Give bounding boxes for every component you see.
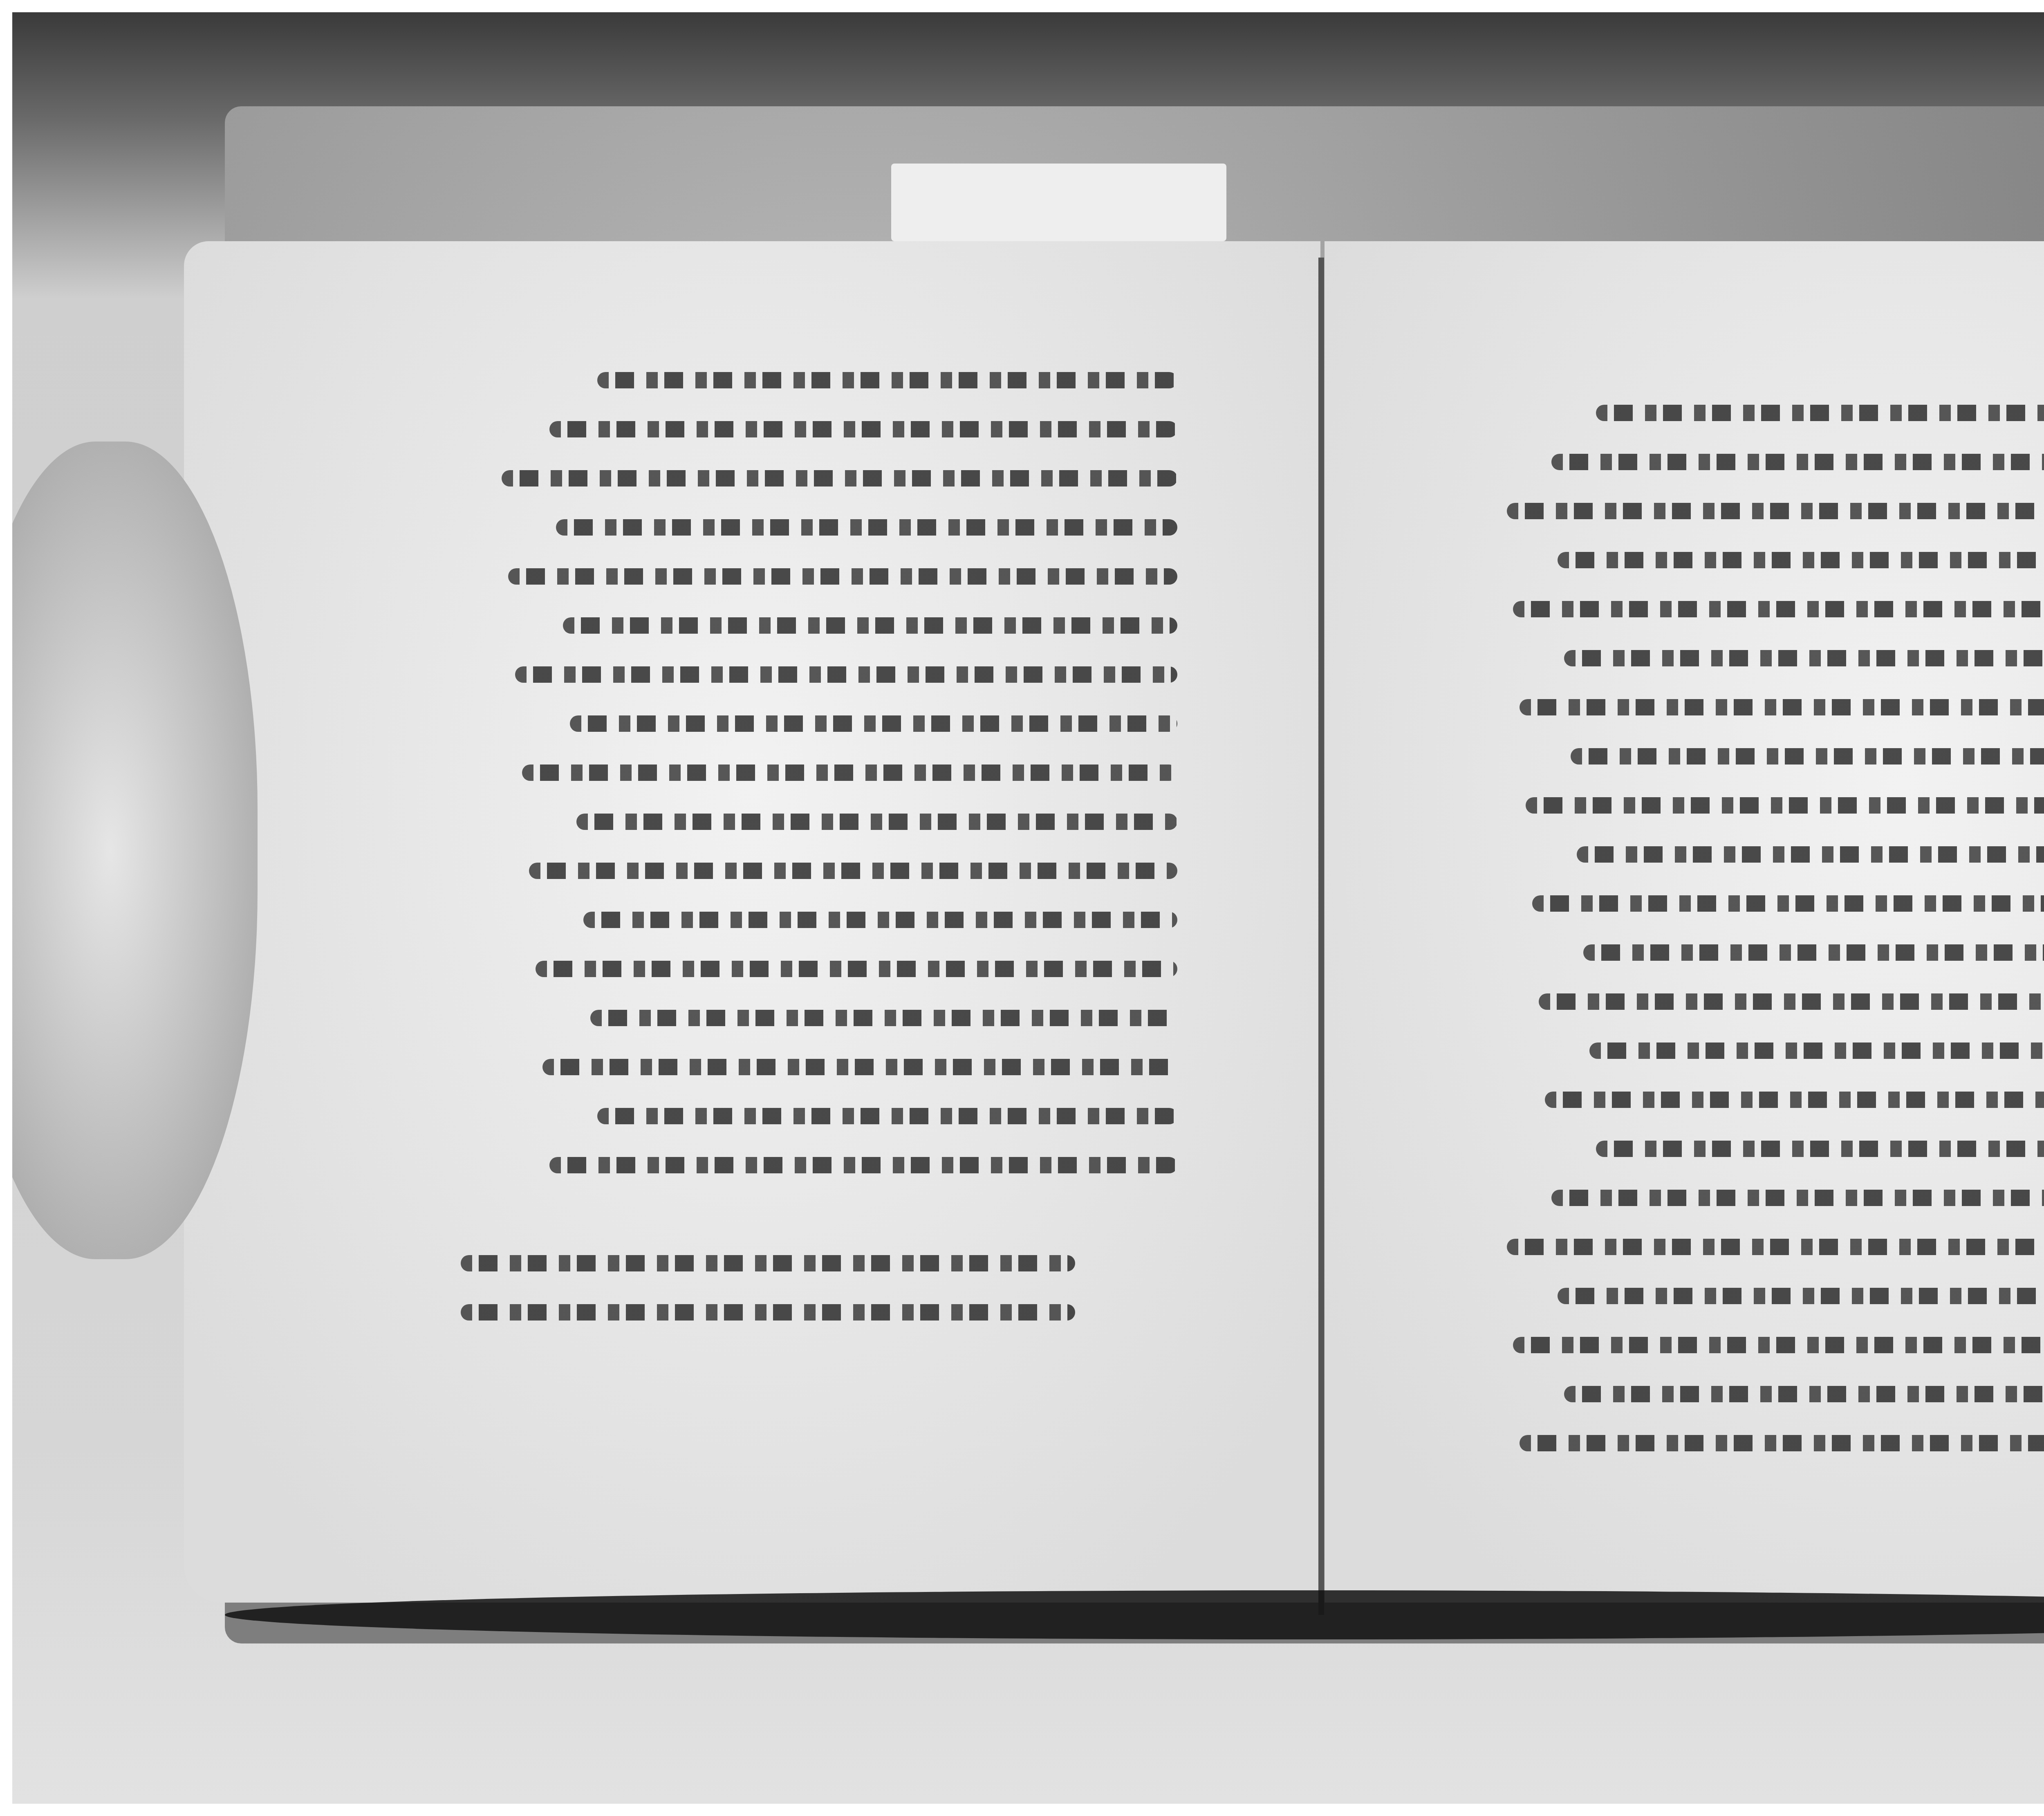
right-page-text (1500, 405, 2044, 1484)
script-line (508, 568, 1177, 585)
script-line (597, 1108, 1178, 1124)
script-line (1539, 993, 2044, 1010)
script-line (536, 961, 1177, 977)
script-line (1507, 503, 2044, 519)
manuscript-photo (12, 12, 2044, 1804)
script-line (515, 666, 1177, 683)
script-line (1532, 895, 2044, 912)
script-line (529, 863, 1178, 879)
left-hand (12, 442, 258, 1259)
script-line (1545, 1092, 2044, 1108)
left-page-text (495, 372, 1177, 1353)
script-line (570, 715, 1177, 732)
script-line (1558, 1288, 2044, 1304)
script-line (1589, 1043, 2044, 1059)
script-line (576, 814, 1177, 830)
cover-label (891, 164, 1226, 241)
script-line (461, 1255, 1075, 1271)
script-line (502, 470, 1177, 487)
script-line (549, 1157, 1177, 1173)
script-line (549, 421, 1177, 437)
script-line (1520, 1435, 2044, 1451)
script-line (542, 1059, 1177, 1075)
book-gutter (1318, 258, 1324, 1615)
script-line (556, 519, 1177, 536)
script-line (590, 1010, 1177, 1026)
script-line (597, 372, 1178, 388)
script-line (1571, 748, 2044, 765)
script-line (1596, 405, 2044, 421)
script-line (1564, 1386, 2044, 1402)
script-line (1513, 1337, 2044, 1353)
script-line (1526, 797, 2044, 814)
script-line (1564, 650, 2044, 666)
script-line (1513, 601, 2044, 617)
script-line (1520, 699, 2044, 715)
script-line (1596, 1141, 2044, 1157)
script-line (1507, 1239, 2044, 1255)
script-line (461, 1304, 1075, 1321)
script-line (1551, 454, 2044, 470)
script-line (522, 765, 1177, 781)
script-line (583, 912, 1177, 928)
script-line (1583, 944, 2044, 961)
script-line (563, 617, 1177, 634)
script-line (1558, 552, 2044, 568)
script-line (1551, 1190, 2044, 1206)
script-line (1577, 846, 2044, 863)
